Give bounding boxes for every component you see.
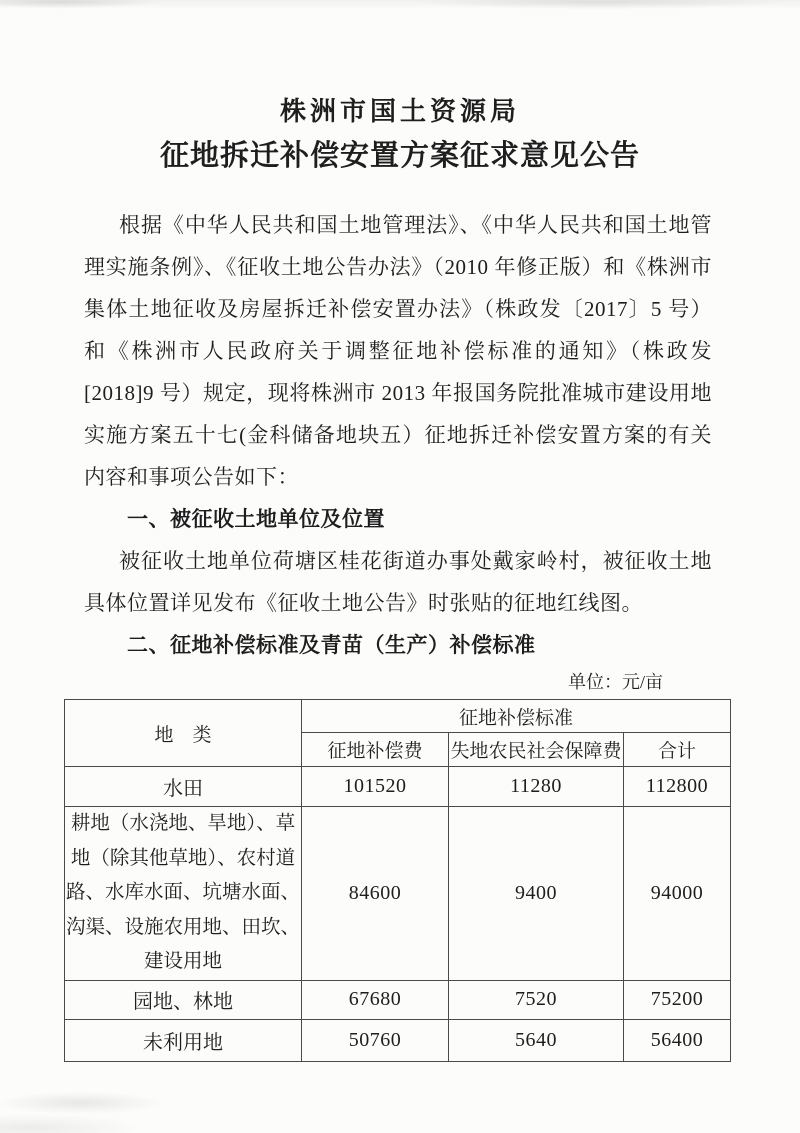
cell-social-security: 9400	[449, 807, 624, 981]
cell-land-type: 未利用地	[65, 1019, 302, 1061]
header-land-type: 地 类	[65, 700, 302, 767]
document-page: 株洲市国土资源局 征地拆迁补偿安置方案征求意见公告 根据《中华人民共和国土地管理…	[0, 0, 800, 1133]
table-row-unused-land: 未利用地 50760 5640 56400	[65, 1019, 731, 1061]
header-social-security-fee: 失地农民社会保障费	[449, 733, 624, 767]
cell-land-type: 水田	[65, 767, 302, 807]
table-unit-label: 单位：元/亩	[64, 669, 730, 695]
cell-compensation: 50760	[302, 1019, 449, 1061]
cell-total: 112800	[624, 767, 731, 807]
table-row-cultivated-land: 耕地（水浇地、旱地）、草地（除其他草地）、农村道路、水库水面、坑塘水面、沟渠、设…	[65, 807, 731, 981]
cell-social-security: 11280	[449, 767, 624, 807]
scan-artifact-top-edge	[0, 0, 800, 12]
cell-total: 75200	[624, 980, 731, 1019]
cell-land-type: 园地、林地	[65, 980, 302, 1019]
cell-social-security: 7520	[449, 980, 624, 1019]
cell-social-security: 5640	[449, 1019, 624, 1061]
compensation-table: 地 类 征地补偿标准 征地补偿费 失地农民社会保障费 合计 水田 101520 …	[64, 699, 731, 1062]
header-total: 合计	[624, 733, 731, 767]
cell-compensation: 84600	[302, 807, 449, 981]
title-block: 株洲市国土资源局 征地拆迁补偿安置方案征求意见公告	[0, 0, 800, 179]
table-row-garden-forest-land: 园地、林地 67680 7520 75200	[65, 980, 731, 1019]
section-1-heading: 一、被征收土地单位及位置	[84, 498, 712, 540]
paragraph-land-unit-location: 被征收土地单位荷塘区桂花街道办事处戴家岭村，被征收土地具体位置详见发布《征收土地…	[84, 540, 712, 624]
document-title: 株洲市国土资源局	[0, 90, 800, 134]
cell-compensation: 101520	[302, 767, 449, 807]
table-header-row-1: 地 类 征地补偿标准	[65, 700, 731, 733]
document-body: 根据《中华人民共和国土地管理法》、《中华人民共和国土地管理实施条例》、《征收土地…	[84, 204, 712, 666]
scan-artifact-bottom-left	[0, 1063, 300, 1133]
section-2-heading: 二、征地补偿标准及青苗（生产）补偿标准	[84, 624, 712, 666]
header-compensation-fee: 征地补偿费	[302, 733, 449, 767]
cell-land-type: 耕地（水浇地、旱地）、草地（除其他草地）、农村道路、水库水面、坑塘水面、沟渠、设…	[65, 807, 302, 981]
header-compensation-standard-group: 征地补偿标准	[302, 700, 731, 733]
paragraph-legal-basis: 根据《中华人民共和国土地管理法》、《中华人民共和国土地管理实施条例》、《征收土地…	[84, 204, 712, 498]
cell-compensation: 67680	[302, 980, 449, 1019]
cell-total: 94000	[624, 807, 731, 981]
document-subtitle: 征地拆迁补偿安置方案征求意见公告	[0, 134, 800, 179]
table-row-paddy-field: 水田 101520 11280 112800	[65, 767, 731, 807]
cell-total: 56400	[624, 1019, 731, 1061]
